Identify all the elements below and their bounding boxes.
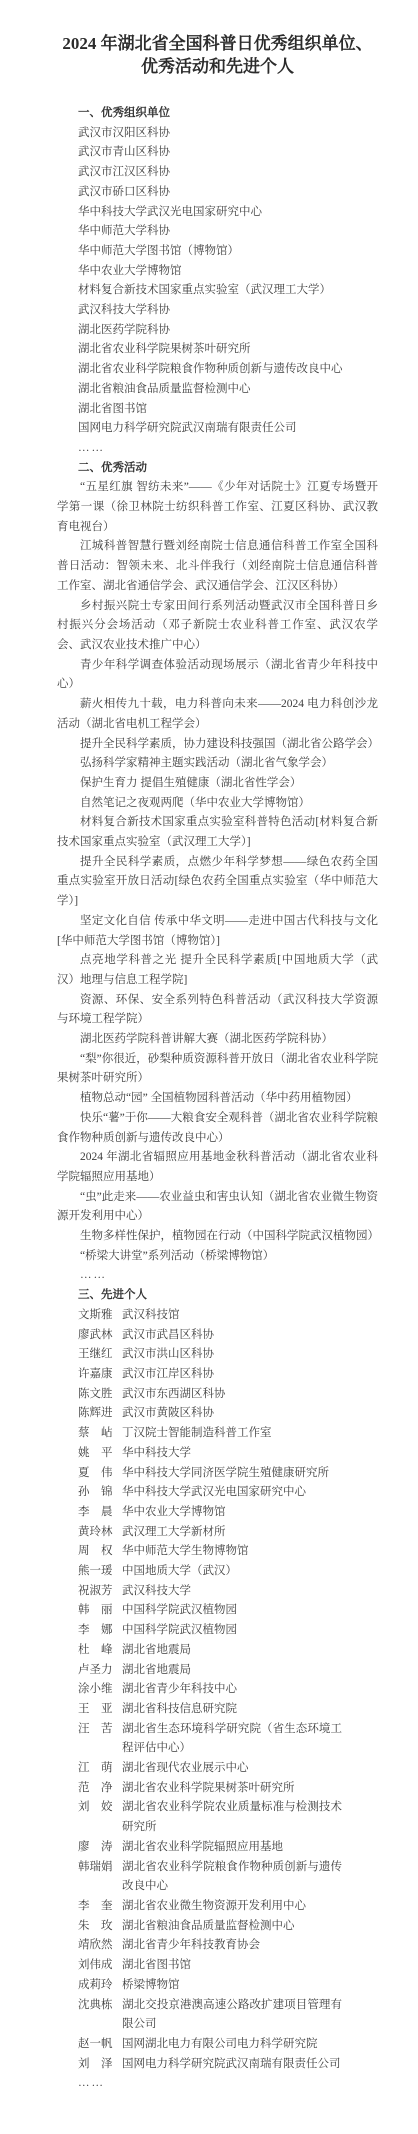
person-org: 武汉市东西湖区科协	[122, 1388, 226, 1400]
person-name: 赵一帆	[78, 2035, 122, 2055]
person-org: 国网电力科学研究院武汉南瑞有限责任公司	[122, 2058, 341, 2070]
person-row: 涂小维湖北省青少年科技中心	[57, 1680, 342, 1700]
person-name: 熊一瑗	[78, 1562, 122, 1582]
person-row: 许嘉康武汉市江岸区科协	[57, 1365, 342, 1385]
person-row: 朱 玫湖北省粮油食品质量监督检测中心	[57, 1917, 342, 1937]
section-heading: 一、优秀组织单位	[78, 104, 378, 124]
section-3: 三、先进个人文斯雅武汉科技馆廖武林武汉市武昌区科协王继红武汉市洪山区科协许嘉康武…	[57, 1286, 378, 2094]
person-name: 李 晨	[78, 1503, 122, 1523]
activity-item: 乡村振兴院士专家田间行系列活动暨武汉市全国科普日乡村振兴分会场活动（邓子新院士农…	[57, 597, 378, 656]
person-row: 陈辉进武汉市黄陂区科协	[57, 1404, 342, 1424]
person-org: 武汉市黄陂区科协	[122, 1407, 214, 1419]
person-name: 李 娜	[78, 1621, 122, 1641]
person-row: 蔡 岾丁汉院士智能制造科普工作室	[57, 1424, 342, 1444]
person-name: 刘 姣	[78, 1798, 122, 1818]
person-name: 沈典栋	[78, 1996, 122, 2016]
person-name: 姚 平	[78, 1444, 122, 1464]
person-org: 湖北省地震局	[122, 1644, 191, 1656]
activity-item: 弘扬科学家精神主题实践活动（湖北省气象学会）	[57, 754, 378, 774]
person-name: 卢圣力	[78, 1661, 122, 1681]
person-name: 汪 苦	[78, 1720, 122, 1740]
section-2: 二、优秀活动“五星红旗 智纺未来”——《少年对话院士》江夏专场暨开学第一课（徐卫…	[57, 459, 378, 1287]
person-org: 湖北交投京港澳高速公路改扩建项目管理有限公司	[122, 1999, 342, 2031]
person-row: 李 娜中国科学院武汉植物园	[57, 1621, 342, 1641]
org-item: 华中师范大学科协	[78, 222, 378, 242]
person-org: 湖北省农业科学院果树茶叶研究所	[122, 1782, 295, 1794]
person-row: 沈典栋湖北交投京港澳高速公路改扩建项目管理有限公司	[57, 1996, 342, 2035]
ellipsis: ……	[78, 2074, 378, 2094]
activity-item: “虫”此走来——农业益虫和害虫认知（湖北省农业微生物资源开发利用中心）	[57, 1188, 378, 1227]
person-name: 陈辉进	[78, 1404, 122, 1424]
person-row: 姚 平华中科技大学	[57, 1444, 342, 1464]
activity-item: 薪火相传九十载，电力科普向未来——2024 电力科创沙龙活动（湖北省电机工程学会…	[57, 695, 378, 734]
person-org: 华中师范大学生物博物馆	[122, 1545, 249, 1557]
person-org: 湖北省青少年科技中心	[122, 1683, 237, 1695]
person-name: 韩 丽	[78, 1601, 122, 1621]
person-row: 卢圣力湖北省地震局	[57, 1661, 342, 1681]
person-row: 成莉玲桥梁博物馆	[57, 1976, 342, 1996]
person-name: 周 权	[78, 1542, 122, 1562]
person-row: 廖武林武汉市武昌区科协	[57, 1326, 342, 1346]
person-row: 汪 苦湖北省生态环境科学研究院（省生态环境工程评估中心）	[57, 1720, 342, 1759]
activity-item: 保护生育力 提倡生殖健康（湖北省性学会）	[57, 774, 378, 794]
org-item: 武汉市江汉区科协	[78, 163, 378, 183]
person-org: 武汉市江岸区科协	[122, 1368, 214, 1380]
page-title-line1: 2024 年湖北省全国科普日优秀组织单位、	[62, 34, 372, 53]
person-row: 黄玲林武汉理工大学新材所	[57, 1523, 342, 1543]
section-heading: 二、优秀活动	[78, 459, 378, 479]
person-name: 许嘉康	[78, 1365, 122, 1385]
person-name: 朱 玫	[78, 1917, 122, 1937]
activity-item: 材料复合新技术国家重点实验室科普特色活动[材料复合新技术国家重点实验室（武汉理工…	[57, 813, 378, 852]
person-org: 武汉市洪山区科协	[122, 1348, 214, 1360]
person-row: 刘伟成湖北省图书馆	[57, 1956, 342, 1976]
person-org: 湖北省农业微生物资源开发利用中心	[122, 1900, 306, 1912]
activity-item: 提升全民科学素质，点燃少年科学梦想——绿色农药全国重点实验室开放日活动[绿色农药…	[57, 853, 378, 912]
person-org: 湖北省农业科学院农业质量标准与检测技术研究所	[122, 1801, 342, 1833]
person-org: 华中科技大学同济医学院生殖健康研究所	[122, 1467, 329, 1479]
person-org: 华中科技大学	[122, 1447, 191, 1459]
person-row: 范 净湖北省农业科学院果树茶叶研究所	[57, 1779, 342, 1799]
activity-item: 资源、环保、安全系列特色科普活动（武汉科技大学资源与环境工程学院）	[57, 991, 378, 1030]
activity-item: “桥梁大讲堂”系列活动（桥梁博物馆）	[57, 1247, 378, 1267]
person-name: 文斯雅	[78, 1306, 122, 1326]
person-name: 韩瑞娟	[78, 1858, 122, 1878]
org-item: 湖北省粮油食品质量监督检测中心	[78, 380, 378, 400]
person-org: 丁汉院士智能制造科普工作室	[122, 1427, 272, 1439]
org-item: 华中科技大学武汉光电国家研究中心	[78, 203, 378, 223]
person-org: 湖北省生态环境科学研究院（省生态环境工程评估中心）	[122, 1723, 342, 1755]
person-name: 蔡 岾	[78, 1424, 122, 1444]
page-title: 2024 年湖北省全国科普日优秀组织单位、 优秀活动和先进个人	[57, 32, 378, 78]
person-row: 孙 锦华中科技大学武汉光电国家研究中心	[57, 1483, 342, 1503]
person-name: 范 净	[78, 1779, 122, 1799]
person-row: 靖欣然湖北省青少年科技教育协会	[57, 1936, 342, 1956]
person-org: 湖北省农业科学院辐照应用基地	[122, 1841, 283, 1853]
activity-item: 植物总动“园” 全国植物园科普活动（华中药用植物园）	[57, 1089, 378, 1109]
org-item: 武汉科技大学科协	[78, 301, 378, 321]
activity-item: 青少年科学调查体验活动现场展示（湖北省青少年科技中心）	[57, 656, 378, 695]
person-name: 杜 峰	[78, 1641, 122, 1661]
person-name: 涂小维	[78, 1680, 122, 1700]
person-row: 李 晨华中农业大学博物馆	[57, 1503, 342, 1523]
person-org: 华中农业大学博物馆	[122, 1506, 226, 1518]
person-row: 祝淑芳武汉科技大学	[57, 1582, 342, 1602]
person-org: 华中科技大学武汉光电国家研究中心	[122, 1486, 306, 1498]
person-org: 中国科学院武汉植物园	[122, 1604, 237, 1616]
person-org: 湖北省粮油食品质量监督检测中心	[122, 1920, 295, 1932]
activity-item: 江城科普智慧行暨刘经南院士信息通信科普工作室全国科普日活动：智领未来、北斗伴我行…	[57, 537, 378, 596]
person-row: 韩瑞娟湖北省农业科学院粮食作物种质创新与遗传改良中心	[57, 1858, 342, 1897]
activity-item: 湖北医药学院科普讲解大赛（湖北医药学院科协）	[57, 1030, 378, 1050]
person-row: 杜 峰湖北省地震局	[57, 1641, 342, 1661]
person-row: 刘 泽国网电力科学研究院武汉南瑞有限责任公司	[57, 2055, 342, 2075]
person-org: 中国科学院武汉植物园	[122, 1624, 237, 1636]
page-title-line2: 优秀活动和先进个人	[141, 57, 294, 76]
activity-item: “梨”你很近，砂梨种质资源科普开放日（湖北省农业科学院果树茶叶研究所）	[57, 1050, 378, 1089]
person-name: 廖武林	[78, 1326, 122, 1346]
org-item: 湖北省农业科学院果树茶叶研究所	[78, 340, 378, 360]
person-name: 黄玲林	[78, 1523, 122, 1543]
person-row: 王继红武汉市洪山区科协	[57, 1345, 342, 1365]
person-row: 王 亚湖北省科技信息研究院	[57, 1700, 342, 1720]
ellipsis: ……	[57, 1266, 378, 1286]
person-org: 桥梁博物馆	[122, 1979, 180, 1991]
org-item: 材料复合新技术国家重点实验室（武汉理工大学）	[78, 281, 378, 301]
org-item: 湖北省图书馆	[78, 400, 378, 420]
person-name: 夏 伟	[78, 1464, 122, 1484]
section-1: 一、优秀组织单位武汉市汉阳区科协武汉市青山区科协武汉市江汉区科协武汉市硚口区科协…	[57, 104, 378, 459]
document-page: 2024 年湖北省全国科普日优秀组织单位、 优秀活动和先进个人 一、优秀组织单位…	[0, 0, 418, 2134]
ellipsis: ……	[78, 439, 378, 459]
org-item: 武汉市硚口区科协	[78, 183, 378, 203]
person-org: 中国地质大学（武汉）	[122, 1565, 237, 1577]
person-name: 刘伟成	[78, 1956, 122, 1976]
person-name: 江 萌	[78, 1759, 122, 1779]
person-org: 湖北省科技信息研究院	[122, 1703, 237, 1715]
person-name: 成莉玲	[78, 1976, 122, 1996]
org-item: 华中师范大学图书馆（博物馆）	[78, 242, 378, 262]
person-name: 王 亚	[78, 1700, 122, 1720]
person-name: 靖欣然	[78, 1936, 122, 1956]
person-org: 湖北省图书馆	[122, 1959, 191, 1971]
activity-item: 快乐“薯”于你——大粮食安全观科普（湖北省农业科学院粮食作物种质创新与遗传改良中…	[57, 1109, 378, 1148]
person-org: 湖北省现代农业展示中心	[122, 1762, 249, 1774]
person-row: 赵一帆国网湖北电力有限公司电力科学研究院	[57, 2035, 342, 2055]
org-item: 武汉市青山区科协	[78, 143, 378, 163]
person-row: 韩 丽中国科学院武汉植物园	[57, 1601, 342, 1621]
person-name: 李 奎	[78, 1897, 122, 1917]
person-org: 武汉理工大学新材所	[122, 1526, 226, 1538]
person-name: 刘 泽	[78, 2055, 122, 2075]
activity-item: 自然笔记之夜观两爬（华中农业大学博物馆）	[57, 794, 378, 814]
person-name: 陈文胜	[78, 1385, 122, 1405]
person-row: 文斯雅武汉科技馆	[57, 1306, 342, 1326]
activity-item: 点亮地学科普之光 提升全民科学素质[中国地质大学（武汉）地理与信息工程学院]	[57, 951, 378, 990]
activity-item: 2024 年湖北省辐照应用基地金秋科普活动（湖北省农业科学院辐照应用基地）	[57, 1148, 378, 1187]
person-row: 李 奎湖北省农业微生物资源开发利用中心	[57, 1897, 342, 1917]
sections-container: 一、优秀组织单位武汉市汉阳区科协武汉市青山区科协武汉市江汉区科协武汉市硚口区科协…	[57, 104, 378, 2094]
person-org: 国网湖北电力有限公司电力科学研究院	[122, 2038, 318, 2050]
person-name: 王继红	[78, 1345, 122, 1365]
person-org: 武汉市武昌区科协	[122, 1329, 214, 1341]
person-row: 陈文胜武汉市东西湖区科协	[57, 1385, 342, 1405]
org-item: 武汉市汉阳区科协	[78, 124, 378, 144]
activity-item: 生物多样性保护，植物园在行动（中国科学院武汉植物园）	[57, 1227, 378, 1247]
org-item: 湖北省农业科学院粮食作物种质创新与遗传改良中心	[78, 360, 378, 380]
org-item: 湖北医药学院科协	[78, 321, 378, 341]
org-item: 国网电力科学研究院武汉南瑞有限责任公司	[78, 419, 378, 439]
person-name: 廖 涛	[78, 1838, 122, 1858]
person-org: 湖北省农业科学院粮食作物种质创新与遗传改良中心	[122, 1861, 342, 1893]
person-org: 湖北省青少年科技教育协会	[122, 1939, 260, 1951]
person-name: 孙 锦	[78, 1483, 122, 1503]
org-item: 华中农业大学博物馆	[78, 262, 378, 282]
person-row: 江 萌湖北省现代农业展示中心	[57, 1759, 342, 1779]
section-heading: 三、先进个人	[78, 1286, 378, 1306]
person-row: 刘 姣湖北省农业科学院农业质量标准与检测技术研究所	[57, 1798, 342, 1837]
person-row: 廖 涛湖北省农业科学院辐照应用基地	[57, 1838, 342, 1858]
person-org: 武汉科技大学	[122, 1585, 191, 1597]
activity-item: 坚定文化自信 传承中华文明——走进中国古代科技与文化[华中师范大学图书馆（博物馆…	[57, 912, 378, 951]
activity-item: “五星红旗 智纺未来”——《少年对话院士》江夏专场暨开学第一课（徐卫林院士纺织科…	[57, 478, 378, 537]
person-row: 夏 伟华中科技大学同济医学院生殖健康研究所	[57, 1464, 342, 1484]
person-org: 湖北省地震局	[122, 1664, 191, 1676]
activity-item: 提升全民科学素质，协力建设科技强国（湖北省公路学会）	[57, 735, 378, 755]
person-name: 祝淑芳	[78, 1582, 122, 1602]
person-row: 熊一瑗中国地质大学（武汉）	[57, 1562, 342, 1582]
person-row: 周 权华中师范大学生物博物馆	[57, 1542, 342, 1562]
person-org: 武汉科技馆	[122, 1309, 180, 1321]
